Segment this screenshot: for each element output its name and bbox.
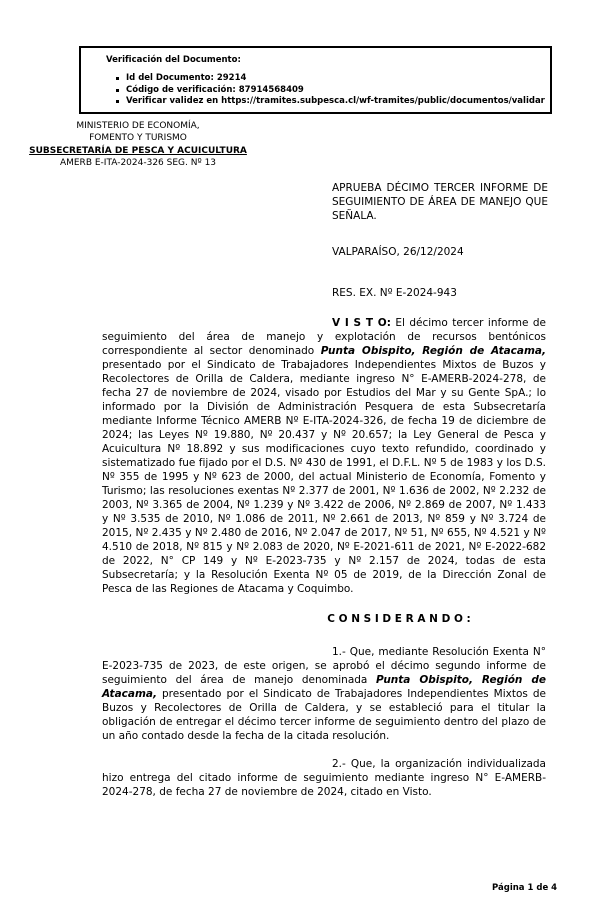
ministry-line-1: MINISTERIO DE ECONOMÍA, [28,120,248,132]
verification-item-document-id: Id del Documento: 29214 [116,73,544,85]
verification-box: Verificación del Documento: Id del Docum… [79,46,552,114]
verification-title: Verificación del Documento: [106,55,544,66]
considerando-item-1: 1.- Que, mediante Resolución Exenta N° E… [102,645,546,743]
ministry-line-2: FOMENTO Y TURISMO [28,132,248,144]
resolution-number: RES. EX. Nº E-2024-943 [332,287,457,299]
visto-paragraph: V I S T O: El décimo tercer informe de s… [102,316,546,596]
resolution-body: V I S T O: El décimo tercer informe de s… [102,316,546,799]
visto-label: V I S T O: [332,317,391,329]
document-page: Verificación del Documento: Id del Docum… [0,0,600,918]
considerando-1-text-2: presentado por el Sindicato de Trabajado… [102,688,546,742]
visto-text-2: presentado por el Sindicato de Trabajado… [102,359,546,595]
subsecretaria-line: SUBSECRETARÍA DE PESCA Y ACUICULTURA [28,145,248,157]
verification-item-url: Verificar validez en https://tramites.su… [116,96,544,108]
page-number: Página 1 de 4 [492,883,557,893]
amerb-reference-line: AMERB E-ITA-2024-326 SEG. Nº 13 [28,157,248,169]
subject-block: APRUEBA DÉCIMO TERCER INFORME DE SEGUIMI… [332,181,548,223]
considerando-heading: C O N S I D E R A N D O : [102,612,546,626]
letterhead: MINISTERIO DE ECONOMÍA, FOMENTO Y TURISM… [28,120,248,169]
verification-item-code: Código de verificación: 87914568409 [116,85,544,97]
place-date: VALPARAÍSO, 26/12/2024 [332,246,464,258]
visto-area-name: Punta Obispito, Región de Atacama, [321,345,546,357]
considerando-item-2: 2.- Que, la organización individualizada… [102,757,546,799]
verification-list: Id del Documento: 29214 Código de verifi… [106,73,544,108]
